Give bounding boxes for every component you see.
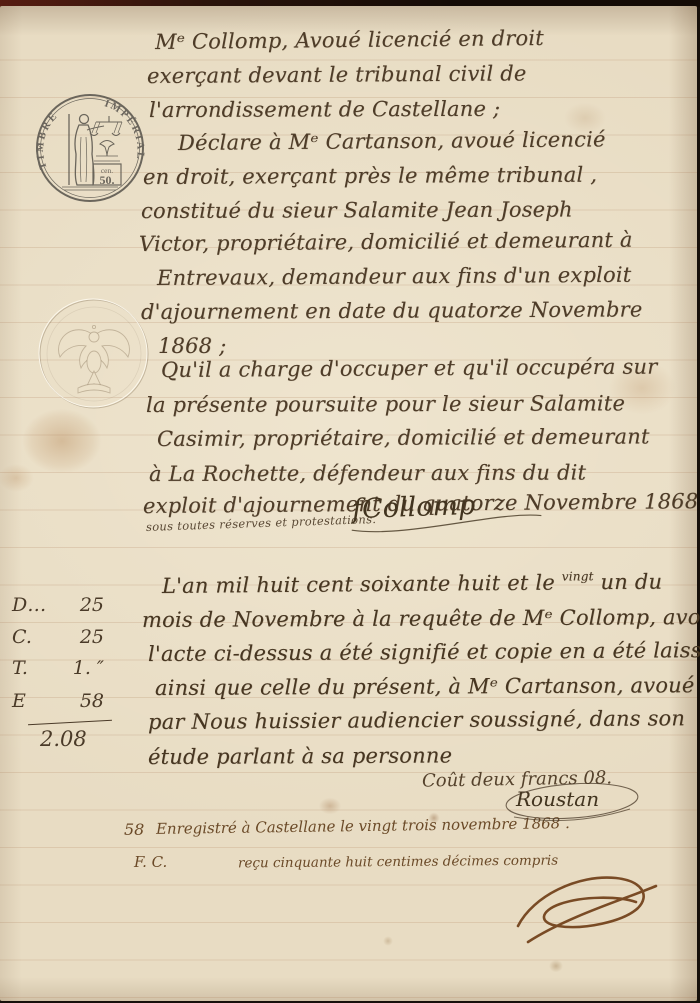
scanned-document: TIMBRE IMPÉRIAL. [0,0,700,1003]
cost-value: 1. ″ [73,657,104,679]
paper-sheet: TIMBRE IMPÉRIAL. [0,6,697,1001]
cost-label: C. [12,626,32,648]
cost-label: D… [12,594,46,616]
signature-flourish [346,503,547,540]
huissier-signature: Roustan [502,787,599,811]
handwritten-line: l'arrondissement de Castellane ; [149,97,500,122]
stamp-arc-left-label: TIMBRE [35,110,61,171]
cost-row: D…25 [12,594,104,616]
cost-row: C.25 [12,626,104,648]
handwritten-line: Qu'il a charge d'occuper et qu'il occupé… [161,355,658,382]
line-text: L'an mil huit cent soixante huit et le [162,571,562,598]
handwritten-line: Déclare à Mᵉ Cartanson, avoué licencié [178,127,606,155]
handwritten-line: la présente poursuite pour le sieur Sala… [146,391,625,417]
handwritten-line: par Nous huissier audiencier soussigné, … [148,706,685,734]
handwritten-line: en droit, exerçant près le même tribunal… [143,163,597,189]
inserted-word: vingt [562,569,594,583]
collomp-signature: fCollomp [351,490,475,525]
handwritten-line: Mᵉ Collomp, Avoué licencié en droit [155,26,544,54]
handwritten-line: Victor, propriétaire, domicilié et demeu… [139,228,633,256]
cost-row: T.1. ″ [12,657,104,679]
registrar-signature-flourish [498,856,668,951]
handwritten-line: d'ajournement en date du quatorze Novemb… [141,297,643,324]
handwritten-line: exerçant devant le tribunal civil de [147,61,527,88]
cost-value: 58 [80,690,104,712]
handwritten-line: Casimir, propriétaire, domicilié et deme… [157,424,650,451]
eagle-icon [94,141,120,162]
cost-label: E [12,690,26,712]
imperial-eagle-relief [59,325,130,393]
cost-total: 2.08 [40,727,87,751]
registration-prefix: F. C. [134,853,167,871]
handwritten-line: à La Rochette, défendeur aux fins du dit [149,460,586,486]
stamp-value: 50. [100,173,115,187]
cost-label: T. [12,657,28,679]
cost-value: 25 [80,594,104,616]
cost-value: 25 [80,626,104,648]
handwritten-line: ainsi que celle du présent, à Mᵉ Cartans… [155,673,695,700]
huissier-signature-text: Roustan [502,787,599,811]
embossed-eagle-seal [36,296,152,412]
line-text: un du [594,570,663,595]
handwritten-line: mois de Novembre à la requête de Mᵉ Coll… [142,605,700,632]
sum-rule [28,720,112,725]
registration-number: 58 [124,820,144,839]
handwritten-line: l'acte ci-dessus a été signifié et copie… [148,638,700,666]
timbre-imperial-stamp: TIMBRE IMPÉRIAL. [34,92,146,204]
handwritten-line: 1868 ; [158,334,226,358]
handwritten-line: étude parlant à sa personne [148,743,452,769]
handwritten-line: constitué du sieur Salamite Jean Joseph [141,197,573,223]
handwritten-line: Entrevaux, demandeur aux fins d'un explo… [157,263,632,290]
cost-row: E58 [12,690,104,712]
scales-icon [90,116,122,136]
handwritten-line: L'an mil huit cent soixante huit et le v… [162,570,662,598]
svg-text:TIMBRE: TIMBRE [35,110,61,171]
